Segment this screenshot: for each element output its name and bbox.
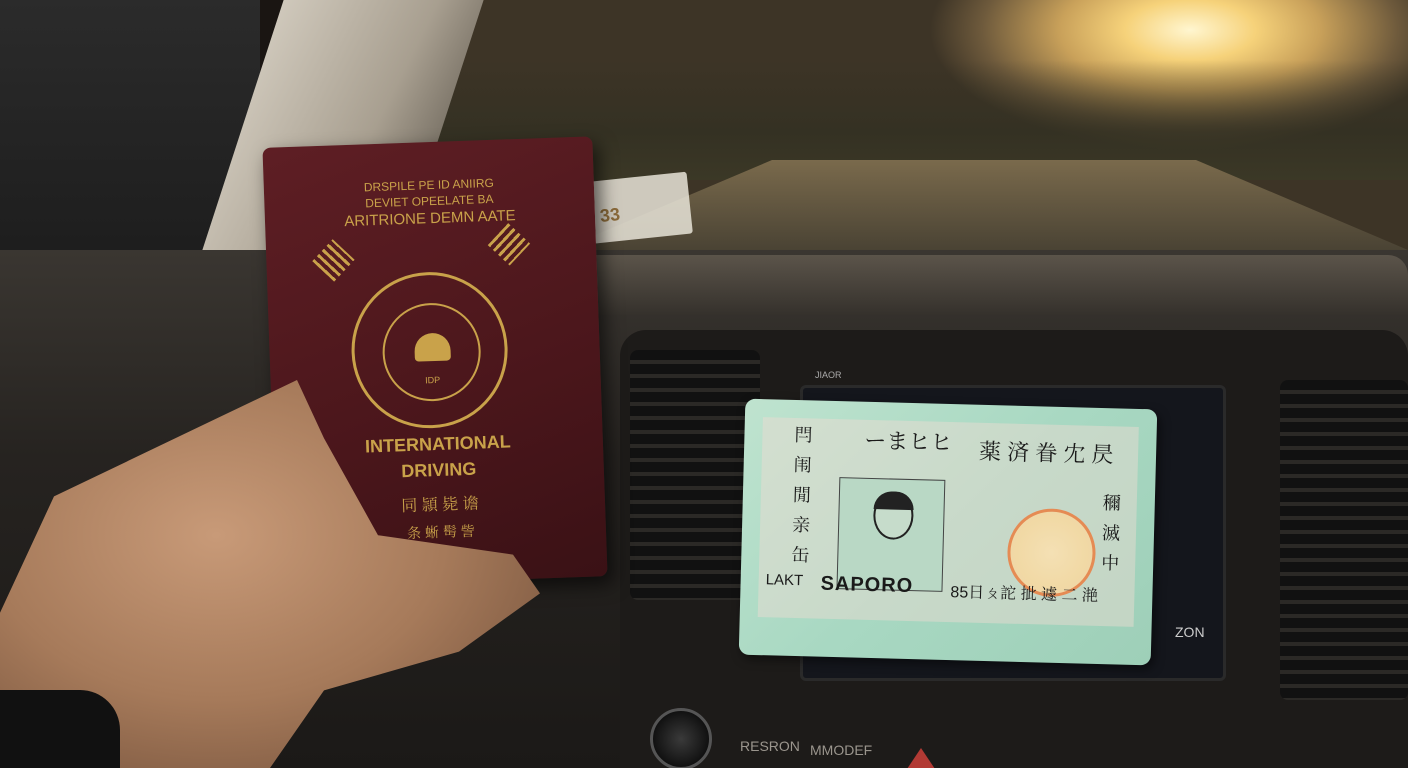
dome-icon: [414, 332, 451, 361]
trigram-icon-right: [488, 223, 530, 265]
emblem-inner-ring: IDP: [381, 301, 482, 402]
license-city: SAPORO: [820, 573, 913, 598]
license-title-right: 薬 済 眷 冘 昃: [979, 435, 1114, 470]
drivers-license-card: ーまヒヒ 薬 済 眷 冘 昃 閂 闱 閒 亲 缶 穪 滅 中 LAKT SAPO…: [739, 399, 1158, 666]
emblem-idp-text: IDP: [385, 373, 479, 386]
license-title-left: ーまヒヒ: [864, 424, 953, 457]
mode-button-label: MMODEF: [810, 742, 872, 758]
screen-zone-label: ZON: [1175, 624, 1205, 640]
hazard-icon: [905, 748, 937, 768]
license-right-column: 穪 滅 中: [1101, 488, 1127, 579]
portrait-hair: [874, 491, 914, 510]
brand-label: JIAOR: [815, 370, 842, 380]
license-left-column: 閂 闱 閒 亲 缶: [791, 420, 819, 571]
region-button-label: RESRON: [740, 738, 800, 754]
sleeve: [0, 690, 120, 768]
dashboard-top: [560, 255, 1408, 315]
license-address: 85日ㄆ詑 㧗 遽 二 滟: [950, 579, 1098, 606]
idp-emblem: IDP: [349, 270, 510, 431]
air-vent-right: [1280, 380, 1408, 700]
volume-knob: [650, 708, 712, 768]
sticker-number: 33: [599, 204, 621, 227]
license-label: LAKT: [765, 571, 803, 589]
trigram-icon-left: [312, 239, 354, 281]
